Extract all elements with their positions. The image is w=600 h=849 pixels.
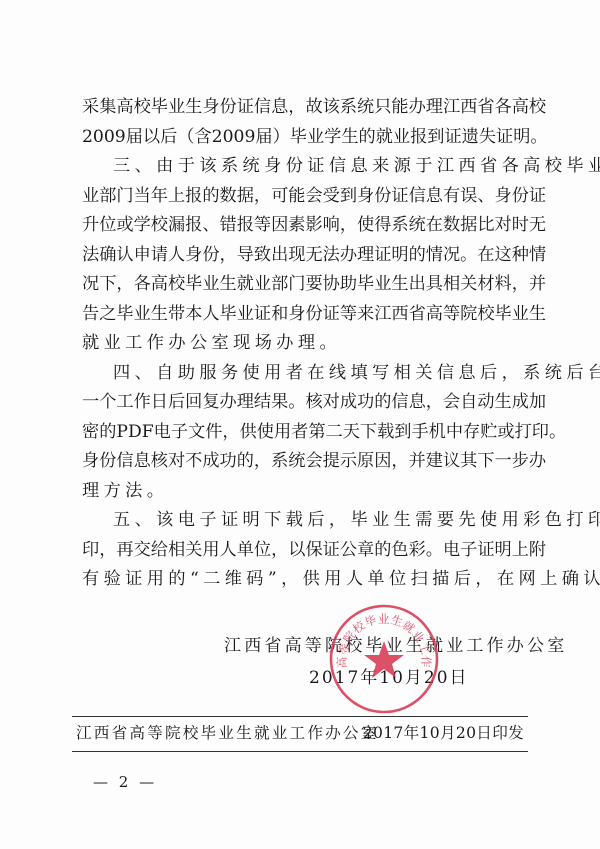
body-line: 业部门当年上报的数据，可能会受到身份证信息有误、身份证 (82, 182, 520, 212)
body-line: 一个工作日后回复办理结果。核对成功的信息，会自动生成加 (82, 388, 520, 418)
footer-issued-date: 2017年10月20日印发 (363, 721, 524, 743)
body-line: 况下，各高校毕业生就业部门要协助毕业生出具相关材料，并 (82, 270, 520, 300)
body-line: 有验证用的“二维码”，供用人单位扫描后，在网上确认。 (82, 565, 520, 595)
body-line-section-three: 三、由于该系统身份证信息来源于江西省各高校毕业生就 (82, 152, 520, 182)
body-line: 就业工作办公室现场办理。 (82, 329, 520, 359)
issuance-footer: 江西省高等院校毕业生就业工作办公室 2017年10月20日印发 (76, 721, 524, 747)
body-line: 升位或学校漏报、错报等因素影响，使得系统在数据比对时无 (82, 211, 520, 241)
body-text: 采集高校毕业生身份证信息，故该系统只能办理江西省各高校 2009届以后（含200… (82, 93, 520, 595)
body-line: 采集高校毕业生身份证信息，故该系统只能办理江西省各高校 (82, 93, 520, 123)
body-line: 身份信息核对不成功的，系统会提示原因，并建议其下一步办 (82, 447, 520, 477)
official-seal-icon: 江西省高等院校毕业生就业工作办公室 (328, 603, 440, 715)
body-line: 密的PDF电子文件，供使用者第二天下载到手机中存贮或打印。 (82, 418, 520, 448)
document-page: 采集高校毕业生身份证信息，故该系统只能办理江西省各高校 2009届以后（含200… (0, 0, 600, 849)
footer-bottom-rule (72, 751, 528, 752)
footer-organization: 江西省高等院校毕业生就业工作办公室 (76, 721, 379, 743)
body-line: 法确认申请人身份，导致出现无法办理证明的情况。在这种情 (82, 241, 520, 271)
footer-top-rule (72, 716, 528, 717)
body-line: 2009届以后（含2009届）毕业学生的就业报到证遗失证明。 (82, 123, 520, 153)
body-line-section-four: 四、自助服务使用者在线填写相关信息后，系统后台会在 (82, 359, 520, 389)
body-line-section-five: 五、该电子证明下载后，毕业生需要先使用彩色打印机打 (82, 506, 520, 536)
page-number: — 2 — (93, 773, 157, 791)
body-line: 印，再交给相关用人单位，以保证公章的色彩。电子证明上附 (82, 536, 520, 566)
body-line: 告之毕业生带本人毕业证和身份证等来江西省高等院校毕业生 (82, 300, 520, 330)
body-line: 理方法。 (82, 477, 520, 507)
